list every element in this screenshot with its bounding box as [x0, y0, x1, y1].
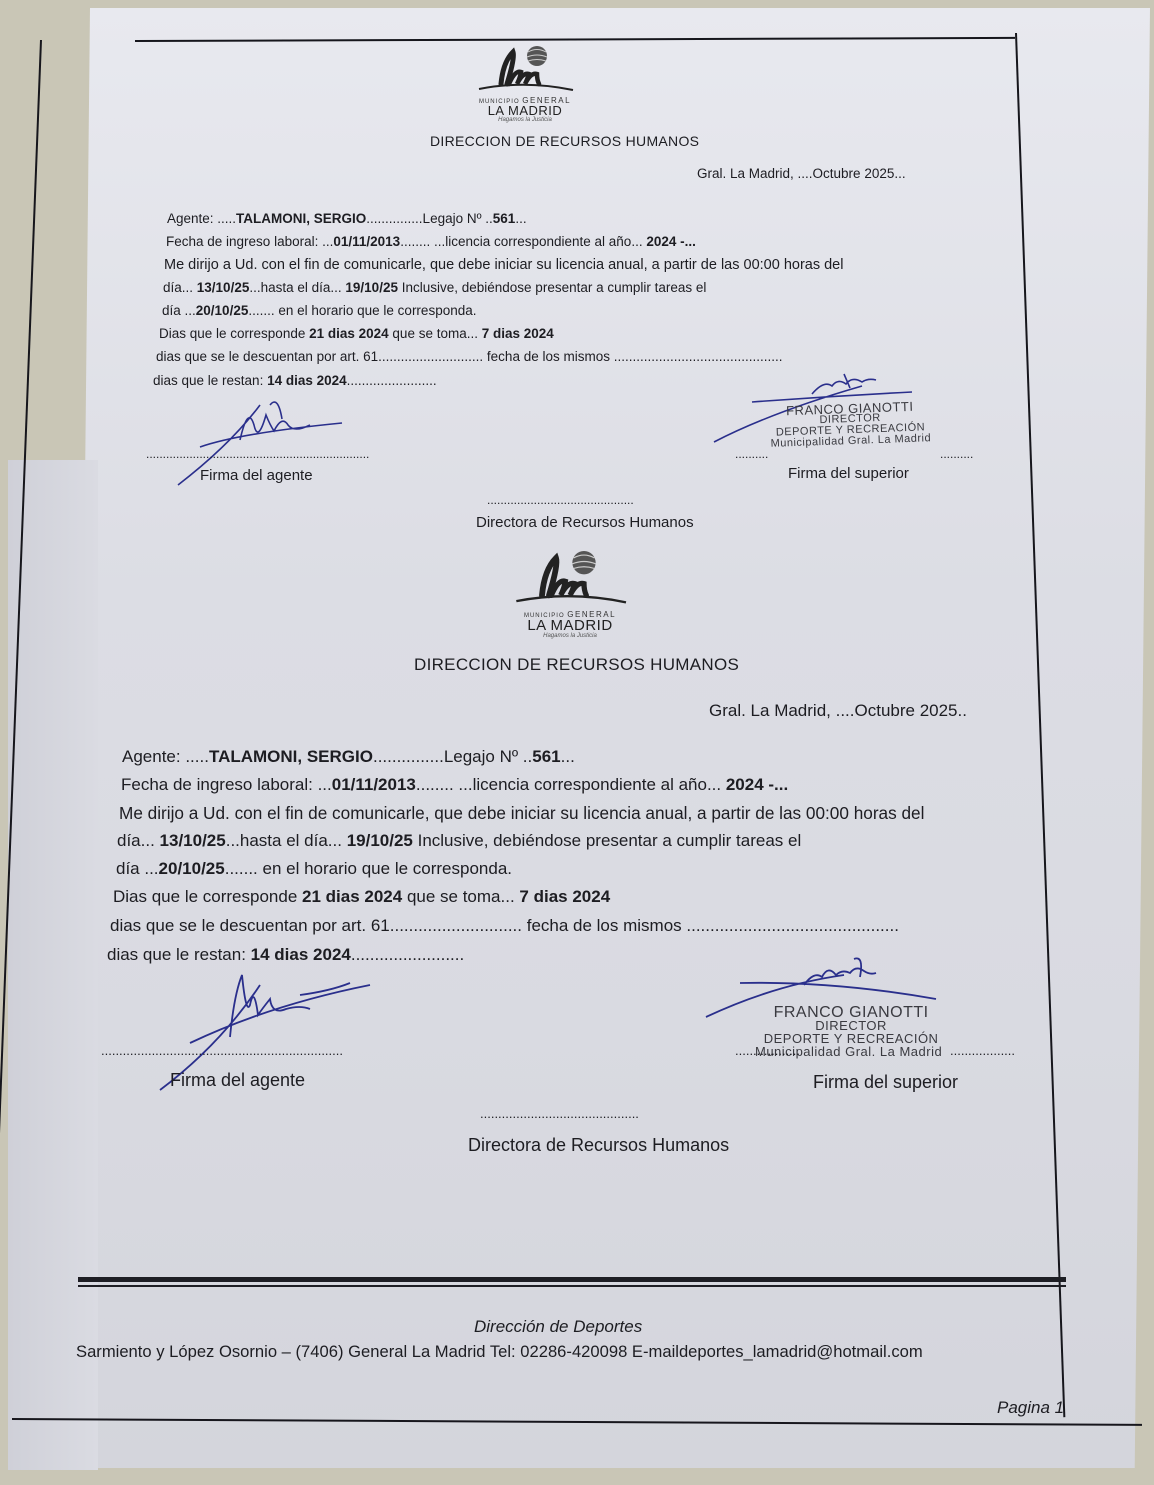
descuento-line: dias que se le descuentan por art. 61...… — [110, 916, 899, 936]
director-signature-line: ........................................… — [487, 493, 634, 507]
superior-signature-line-right: .......... — [940, 447, 973, 461]
director-label: Directora de Recursos Humanos — [476, 514, 694, 531]
dias-toma: 7 dias 2024 — [519, 887, 610, 906]
leave-end: 19/10/25 — [345, 280, 398, 295]
superior-stamp: FRANCO GIANOTTI DIRECTOR DEPORTE Y RECRE… — [769, 400, 931, 450]
logo-tagline: Hagamos la Justicia — [495, 633, 645, 639]
lm-monogram-icon — [500, 548, 640, 610]
dias-toma: 7 dias 2024 — [482, 326, 554, 341]
descuento-line: dias que se le descuentan por art. 61...… — [156, 349, 783, 364]
date-line: Gral. La Madrid, ....Octubre 2025... — [697, 166, 906, 181]
dias-corresponde: 21 dias 2024 — [309, 326, 389, 341]
superior-signature-line-left: .................. — [735, 1043, 800, 1058]
footer-title: Dirección de Deportes — [474, 1317, 642, 1337]
ingreso-date: 01/11/2013 — [332, 775, 416, 794]
restan-line: dias que le restan: 14 dias 2024........… — [107, 945, 464, 965]
agent-signature-line: ........................................… — [146, 447, 369, 461]
ingreso-date: 01/11/2013 — [333, 234, 400, 249]
date-line: Gral. La Madrid, ....Octubre 2025.. — [709, 701, 967, 721]
dias-corresponde: 21 dias 2024 — [302, 887, 402, 906]
dias-restan: 14 dias 2024 — [251, 945, 351, 964]
director-label: Directora de Recursos Humanos — [468, 1135, 729, 1156]
department-heading: DIRECCION DE RECURSOS HUMANOS — [430, 133, 699, 149]
superior-signature-line-left: .......... — [735, 447, 768, 461]
agent-line: Agente: .....TALAMONI, SERGIO...........… — [122, 747, 575, 767]
agent-signature-line: ........................................… — [101, 1043, 343, 1058]
return-date: 20/10/25 — [196, 303, 249, 318]
superior-signature-label: Firma del superior — [788, 465, 909, 482]
body-line-2: día... 13/10/25...hasta el día... 19/10/… — [117, 831, 801, 851]
dias-line: Dias que le corresponde 21 dias 2024 que… — [159, 326, 554, 341]
page-number: Pagina 1 — [997, 1398, 1064, 1418]
logo-city: LA MADRID — [450, 105, 600, 117]
footer-rule-thin — [78, 1285, 1066, 1287]
body-line-1: Me dirijo a Ud. con el fin de comunicarl… — [119, 803, 924, 824]
licencia-year: 2024 -... — [646, 234, 696, 249]
return-date: 20/10/25 — [159, 859, 225, 878]
footer-address: Sarmiento y López Osornio – (7406) Gener… — [76, 1342, 923, 1362]
ingreso-line: Fecha de ingreso laboral: ...01/11/2013.… — [121, 775, 788, 795]
body-line-1: Me dirijo a Ud. con el fin de comunicarl… — [164, 257, 843, 273]
agent-line: Agente: .....TALAMONI, SERGIO...........… — [167, 211, 527, 226]
leave-end: 19/10/25 — [347, 831, 413, 850]
paper-sheet — [75, 8, 1150, 1468]
superior-signature-label: Firma del superior — [813, 1072, 958, 1093]
agent-name: TALAMONI, SERGIO — [236, 211, 366, 226]
leave-start: 13/10/25 — [160, 831, 226, 850]
body-line-3: día ...20/10/25....... en el horario que… — [116, 859, 512, 879]
agent-name: TALAMONI, SERGIO — [209, 747, 373, 766]
leave-start: 13/10/25 — [197, 280, 250, 295]
logo-tagline: Hagamos la Justicia — [450, 117, 600, 123]
body-line-3: día ...20/10/25....... en el horario que… — [162, 303, 476, 318]
agent-signature-label: Firma del agente — [170, 1070, 305, 1091]
footer-rule-thick — [78, 1277, 1066, 1282]
logo-city: LA MADRID — [495, 619, 645, 633]
municipality-logo: MUNICIPIO GENERAL LA MADRID Hagamos la J… — [450, 44, 600, 123]
municipality-logo: MUNICIPIO GENERAL LA MADRID Hagamos la J… — [495, 548, 645, 639]
licencia-year: 2024 -... — [726, 775, 788, 794]
paper-sheet-fold — [8, 460, 98, 1470]
dias-line: Dias que le corresponde 21 dias 2024 que… — [113, 887, 610, 907]
department-heading: DIRECCION DE RECURSOS HUMANOS — [414, 655, 739, 675]
body-line-2: día... 13/10/25...hasta el día... 19/10/… — [163, 280, 706, 295]
legajo-number: 561 — [532, 747, 560, 766]
ingreso-line: Fecha de ingreso laboral: ...01/11/2013.… — [166, 234, 696, 249]
superior-signature-line-right: .................. — [950, 1043, 1015, 1058]
lm-monogram-icon — [465, 44, 585, 96]
director-signature-line: ........................................… — [480, 1106, 639, 1121]
agent-signature-label: Firma del agente — [200, 467, 313, 484]
legajo-number: 561 — [493, 211, 516, 226]
